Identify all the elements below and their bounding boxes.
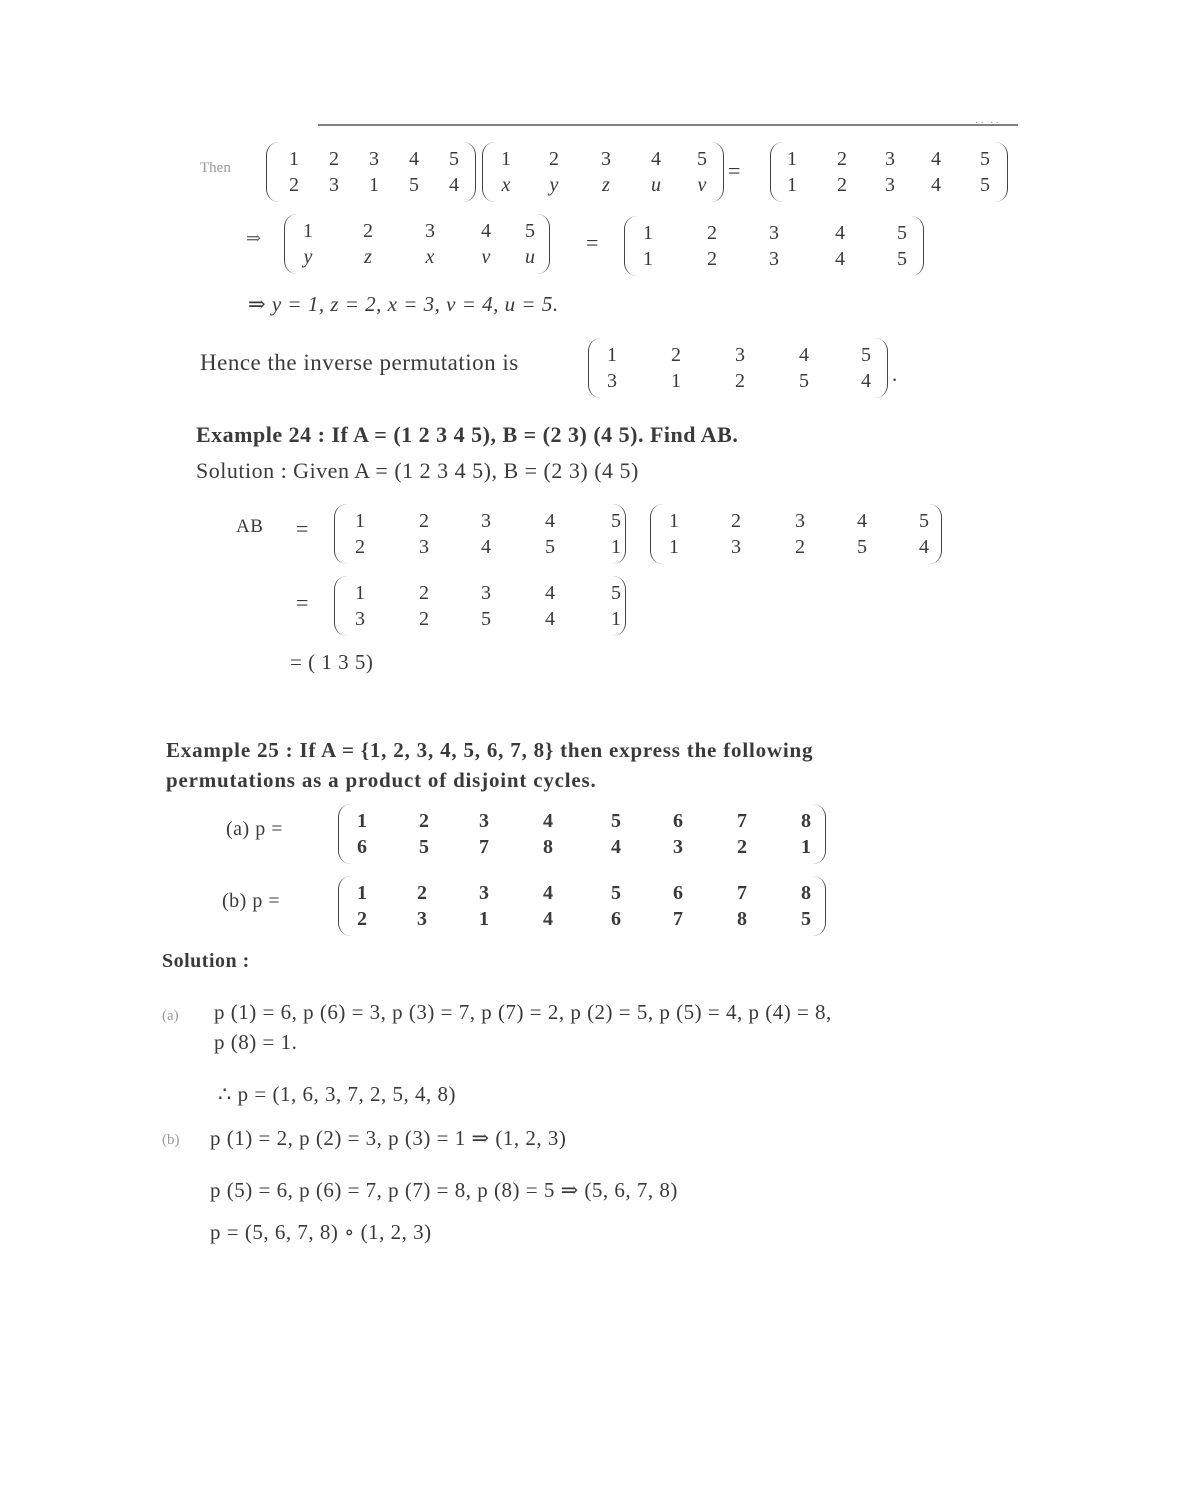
sol-b-label: (b) [162,1132,180,1149]
matrix-cell: 3 [730,342,750,368]
matrix-cell: z [596,172,616,198]
matrix-top-row: 12345678 [338,808,826,834]
matrix-cell: 5 [540,534,560,560]
matrix-cell: 3 [476,580,496,606]
matrix-cell: 1 [352,808,372,834]
matrix-cell: y [544,172,564,198]
matrix-rearranged: 12345yzxvu [284,218,550,276]
matrix-top-row: 12345 [266,146,476,172]
matrix-cell: 4 [926,146,946,172]
matrix-cell: u [520,244,540,270]
ab-equals: = [296,516,308,542]
matrix-cell: 3 [364,146,384,172]
matrix-cell: 3 [324,172,344,198]
matrix-cell: 5 [852,534,872,560]
matrix-cell: v [476,244,496,270]
matrix-cell: 2 [412,880,432,906]
matrix-cell: 2 [352,906,372,932]
matrix-cell: 4 [540,508,560,534]
matrix-cell: 4 [646,146,666,172]
matrix-bottom-row: xyzuv [482,172,724,198]
matrix-cell: 3 [880,146,900,172]
matrix-unknown: 12345xyzuv [482,146,724,204]
matrix-bottom-row: 31254 [588,368,888,394]
example-24-heading: Example 24 : If A = (1 2 3 4 5), B = (2 … [196,422,738,448]
matrix-cell: 5 [975,172,995,198]
matrix-cell: 2 [702,220,722,246]
sol-b-cycle-1: p (1) = 2, p (2) = 3, p (3) = 1 ⇒ (1, 2,… [210,1126,566,1151]
conclusion-period: . [892,362,898,387]
matrix-cell: 3 [350,606,370,632]
matrix-cell: 5 [856,342,876,368]
matrix-cell: 4 [914,534,934,560]
matrix-cell: 1 [496,146,516,172]
matrix-cell: 2 [732,834,752,860]
matrix-cell: 1 [284,146,304,172]
part-a-label: (a) p = [226,818,283,841]
equals-sign: = [728,158,740,184]
document-page: ·· ·· Then 1234523154 12345xyzuv = 12345… [0,0,1200,1498]
header-rule-marks: ·· ·· [975,118,1001,129]
matrix-cell: 6 [352,834,372,860]
matrix-cell: 2 [414,580,434,606]
matrix-identity-2: 1234512345 [624,220,924,278]
matrix-cell: 1 [350,508,370,534]
matrix-cell: 5 [892,220,912,246]
matrix-cell: x [496,172,516,198]
matrix-top-row: 12345 [284,218,550,244]
matrix-b: 1234513254 [650,508,942,566]
inverse-conclusion: Hence the inverse permutation is [200,350,519,376]
matrix-bottom-row: yzxvu [284,244,550,270]
matrix-cell: z [358,244,378,270]
matrix-cell: 2 [284,172,304,198]
matrix-cell: 1 [796,834,816,860]
matrix-cell: 8 [796,880,816,906]
matrix-cell: 2 [790,534,810,560]
matrix-cell: 5 [606,508,626,534]
matrix-cell: 1 [638,220,658,246]
matrix-cell: 4 [538,880,558,906]
matrix-cell: 1 [298,218,318,244]
matrix-cell: 2 [414,606,434,632]
matrix-top-row: 12345 [770,146,1008,172]
matrix-cell: 5 [606,880,626,906]
matrix-cell: 5 [914,508,934,534]
matrix-cell: v [692,172,712,198]
matrix-top-row: 12345 [482,146,724,172]
matrix-bottom-row: 65784321 [338,834,826,860]
matrix-top-row: 12345678 [338,880,826,906]
matrix-cell: 3 [668,834,688,860]
matrix-top-row: 12345 [624,220,924,246]
matrix-cell: 4 [794,342,814,368]
matrix-cell: 3 [596,146,616,172]
matrix-cell: 4 [404,146,424,172]
matrix-cell: 1 [664,534,684,560]
matrix-cell: 3 [764,220,784,246]
example-24-given: Solution : Given A = (1 2 3 4 5), B = (2… [196,458,639,484]
matrix-cell: 1 [664,508,684,534]
matrix-cell: 6 [606,906,626,932]
matrix-cell: 5 [520,218,540,244]
matrix-cell: 3 [476,508,496,534]
solved-values: ⇒ y = 1, z = 2, x = 3, v = 4, u = 5. [248,292,559,317]
matrix-cell: 3 [420,218,440,244]
matrix-cell: 1 [474,906,494,932]
sol-a-mapping: p (1) = 6, p (6) = 3, p (3) = 7, p (7) =… [214,1000,832,1025]
matrix-cell: 4 [852,508,872,534]
matrix-cell: 7 [732,808,752,834]
part-b-matrix: 1234567823146785 [338,880,826,938]
matrix-cell: 2 [832,172,852,198]
matrix-inverse: 1234531254 [588,342,888,400]
matrix-cell: 4 [830,246,850,272]
matrix-cell: 4 [926,172,946,198]
matrix-sigma: 1234523154 [266,146,476,204]
matrix-cell: x [420,244,440,270]
sol-a-label: (a) [162,1008,179,1025]
matrix-cell: 3 [474,880,494,906]
matrix-cell: 8 [732,906,752,932]
matrix-cell: 1 [666,368,686,394]
matrix-cell: 5 [975,146,995,172]
matrix-cell: 2 [414,808,434,834]
implies-arrow: ⇒ [246,228,261,249]
matrix-cell: 2 [666,342,686,368]
matrix-a: 1234523451 [334,508,626,566]
matrix-cell: 2 [350,534,370,560]
matrix-cell: 1 [350,580,370,606]
matrix-cell: 1 [638,246,658,272]
matrix-bottom-row: 23451 [334,534,626,560]
matrix-cell: 2 [544,146,564,172]
matrix-cell: 3 [790,508,810,534]
matrix-cell: 5 [796,906,816,932]
matrix-ab-result: 1234532541 [334,580,626,638]
sol-a-mapping-cont: p (8) = 1. [214,1030,297,1055]
equals-sign-2: = [586,230,598,256]
matrix-cell: u [646,172,666,198]
part-a-matrix: 1234567865784321 [338,808,826,866]
matrix-cell: 8 [538,834,558,860]
matrix-cell: 1 [602,342,622,368]
matrix-cell: 5 [794,368,814,394]
matrix-cell: 4 [606,834,626,860]
matrix-cell: 2 [832,146,852,172]
matrix-cell: 3 [412,906,432,932]
matrix-cell: 1 [352,880,372,906]
matrix-identity: 1234512345 [770,146,1008,204]
matrix-cell: 4 [538,808,558,834]
matrix-cell: 5 [692,146,712,172]
ab-label: AB [236,516,263,538]
matrix-cell: 4 [540,580,560,606]
matrix-cell: 4 [830,220,850,246]
matrix-cell: 5 [606,580,626,606]
matrix-cell: 2 [730,368,750,394]
matrix-cell: 6 [668,880,688,906]
solution-label: Solution : [162,950,250,973]
matrix-cell: 8 [796,808,816,834]
matrix-cell: 1 [606,534,626,560]
matrix-bottom-row: 23146785 [338,906,826,932]
matrix-cell: 5 [476,606,496,632]
matrix-cell: 5 [606,808,626,834]
matrix-cell: 5 [414,834,434,860]
matrix-cell: 4 [444,172,464,198]
matrix-cell: 4 [540,606,560,632]
matrix-cell: 2 [702,246,722,272]
matrix-cell: 7 [668,906,688,932]
matrix-bottom-row: 12345 [770,172,1008,198]
matrix-cell: 3 [602,368,622,394]
then-label: Then [200,160,231,177]
example-25-heading-1: Example 25 : If A = {1, 2, 3, 4, 5, 6, 7… [166,738,813,763]
matrix-cell: 3 [764,246,784,272]
matrix-cell: 6 [668,808,688,834]
cycle-result: = ( 1 3 5) [290,650,373,675]
sol-b-cycle-2: p (5) = 6, p (6) = 7, p (7) = 8, p (8) =… [210,1178,678,1203]
matrix-cell: 4 [476,218,496,244]
matrix-bottom-row: 23154 [266,172,476,198]
matrix-cell: 5 [892,246,912,272]
matrix-cell: 1 [606,606,626,632]
matrix-cell: 3 [474,808,494,834]
matrix-cell: 4 [476,534,496,560]
matrix-cell: 3 [726,534,746,560]
matrix-cell: 3 [880,172,900,198]
matrix-bottom-row: 12345 [624,246,924,272]
matrix-cell: 7 [474,834,494,860]
result-equals: = [296,590,308,616]
matrix-cell: 2 [324,146,344,172]
matrix-cell: 5 [444,146,464,172]
sol-a-cycle: ∴ p = (1, 6, 3, 7, 2, 5, 4, 8) [218,1082,456,1107]
matrix-cell: 2 [726,508,746,534]
matrix-top-row: 12345 [650,508,942,534]
matrix-cell: 1 [364,172,384,198]
header-rule [318,124,1018,126]
matrix-top-row: 12345 [334,580,626,606]
matrix-bottom-row: 32541 [334,606,626,632]
matrix-cell: 4 [538,906,558,932]
matrix-cell: 2 [414,508,434,534]
matrix-cell: y [298,244,318,270]
matrix-bottom-row: 13254 [650,534,942,560]
matrix-cell: 1 [782,146,802,172]
matrix-cell: 7 [732,880,752,906]
matrix-top-row: 12345 [588,342,888,368]
example-25-heading-2: permutations as a product of disjoint cy… [166,768,597,793]
matrix-cell: 1 [782,172,802,198]
matrix-cell: 3 [414,534,434,560]
matrix-cell: 2 [358,218,378,244]
matrix-top-row: 12345 [334,508,626,534]
matrix-cell: 4 [856,368,876,394]
part-b-label: (b) p = [222,890,280,913]
sol-b-product: p = (5, 6, 7, 8) ∘ (1, 2, 3) [210,1220,432,1245]
matrix-cell: 5 [404,172,424,198]
